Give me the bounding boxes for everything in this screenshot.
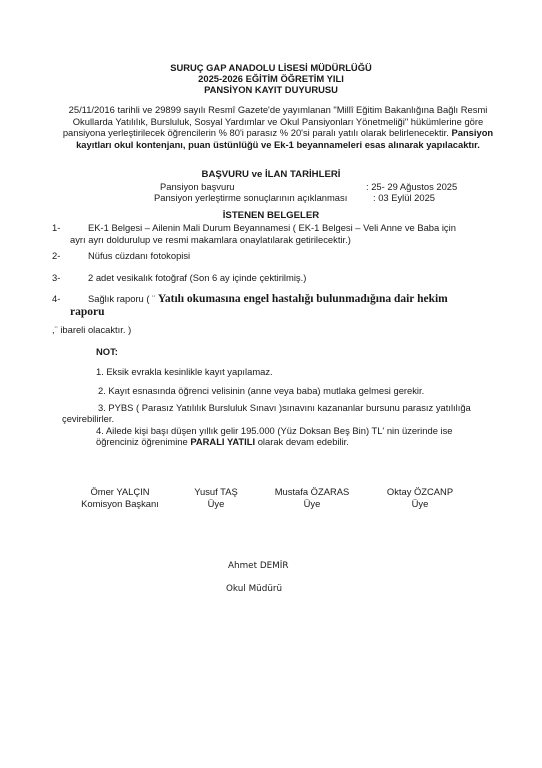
item-text: EK-1 Belgesi – Ailenin Mali Durum Beyann… (52, 222, 502, 234)
principal-role: Okul Müdürü (226, 584, 282, 594)
notes-title: NOT: (96, 346, 118, 357)
item-number: 2- (52, 250, 60, 262)
document-item: 4- Sağlık raporu ( ¨ Yatılı okumasına en… (52, 293, 502, 319)
signature-block: Mustafa ÖZARAS Üye (262, 486, 362, 509)
document-item: 3- 2 adet vesikalık fotoğraf (Son 6 ay i… (52, 272, 502, 284)
document-item: 1- EK-1 Belgesi – Ailenin Mali Durum Bey… (52, 222, 502, 245)
principal-name: Ahmet DEMİR (228, 561, 288, 571)
documents-title: İSTENEN BELGELER (0, 210, 542, 221)
signature-role: Üye (370, 498, 470, 510)
item-bold-text: Yatılı okumasına engel hastalığı bulunma… (158, 293, 448, 305)
signature-block: Oktay ÖZCANP Üye (370, 486, 470, 509)
item-tail-text: ,¨ ibareli olacaktır. ) (52, 324, 131, 335)
note-text: olarak devam edebilir. (255, 436, 349, 447)
note-item: 2. Kayıt esnasında öğrenci velisinin (an… (98, 385, 424, 397)
intro-text: 25/11/2016 tarihli ve 29899 sayılı Resmî… (63, 104, 488, 138)
note-item-cont: öğrenciniz öğrenimine PARALI YATILI olar… (96, 436, 349, 448)
date-row-label: Pansiyon başvuru (160, 181, 235, 192)
signature-role: Üye (176, 498, 256, 510)
signature-block: Yusuf TAŞ Üye (176, 486, 256, 509)
signature-role: Üye (262, 498, 362, 510)
signature-block: Ömer YALÇIN Komisyon Başkanı (70, 486, 170, 509)
item-text: Nüfus cüzdanı fotokopisi (52, 250, 502, 262)
document-header: SURUÇ GAP ANADOLU LİSESİ MÜDÜRLÜĞÜ 2025-… (0, 62, 542, 95)
signature-name: Ömer YALÇIN (70, 486, 170, 498)
date-row-value: : 25- 29 Ağustos 2025 (366, 181, 457, 192)
signature-name: Yusuf TAŞ (176, 486, 256, 498)
note-item: 3. PYBS ( Parasız Yatılılık Bursluluk Sı… (98, 402, 471, 414)
note-item: 1. Eksik evrakla kesinlikle kayıt yapıla… (96, 366, 273, 378)
item-bold-text-cont: raporu (52, 306, 502, 319)
signature-role: Komisyon Başkanı (70, 498, 170, 510)
item-text: Sağlık raporu ( ¨ (88, 293, 155, 304)
announcement-title: PANSİYON KAYIT DUYURUSU (0, 84, 542, 95)
signature-name: Mustafa ÖZARAS (262, 486, 362, 498)
item-text-cont: ayrı ayrı doldurulup ve resmi makamlara … (52, 234, 502, 246)
signature-name: Oktay ÖZCANP (370, 486, 470, 498)
item-text: 2 adet vesikalık fotoğraf (Son 6 ay için… (52, 272, 502, 284)
item-number: 3- (52, 272, 60, 284)
intro-paragraph: 25/11/2016 tarihli ve 29899 sayılı Resmî… (58, 104, 498, 150)
note-item-cont: çevirebilirler. (62, 413, 114, 425)
note-text: öğrenciniz öğrenimine (96, 436, 190, 447)
item-number: 4- (52, 293, 60, 305)
item-number: 1- (52, 222, 60, 234)
note-item: 4. Ailede kişi başı düşen yıllık gelir 1… (96, 425, 453, 437)
dates-title: BAŞVURU ve İLAN TARİHLERİ (0, 169, 542, 180)
date-row-value: : 03 Eylül 2025 (373, 192, 435, 203)
note-bold-text: PARALI YATILI (190, 436, 255, 447)
date-row-label: Pansiyon yerleştirme sonuçlarının açıkla… (154, 192, 347, 203)
school-name: SURUÇ GAP ANADOLU LİSESİ MÜDÜRLÜĞÜ (0, 62, 542, 73)
academic-year: 2025-2026 EĞİTİM ÖĞRETİM YILI (0, 73, 542, 84)
document-item: 2- Nüfus cüzdanı fotokopisi (52, 250, 502, 262)
